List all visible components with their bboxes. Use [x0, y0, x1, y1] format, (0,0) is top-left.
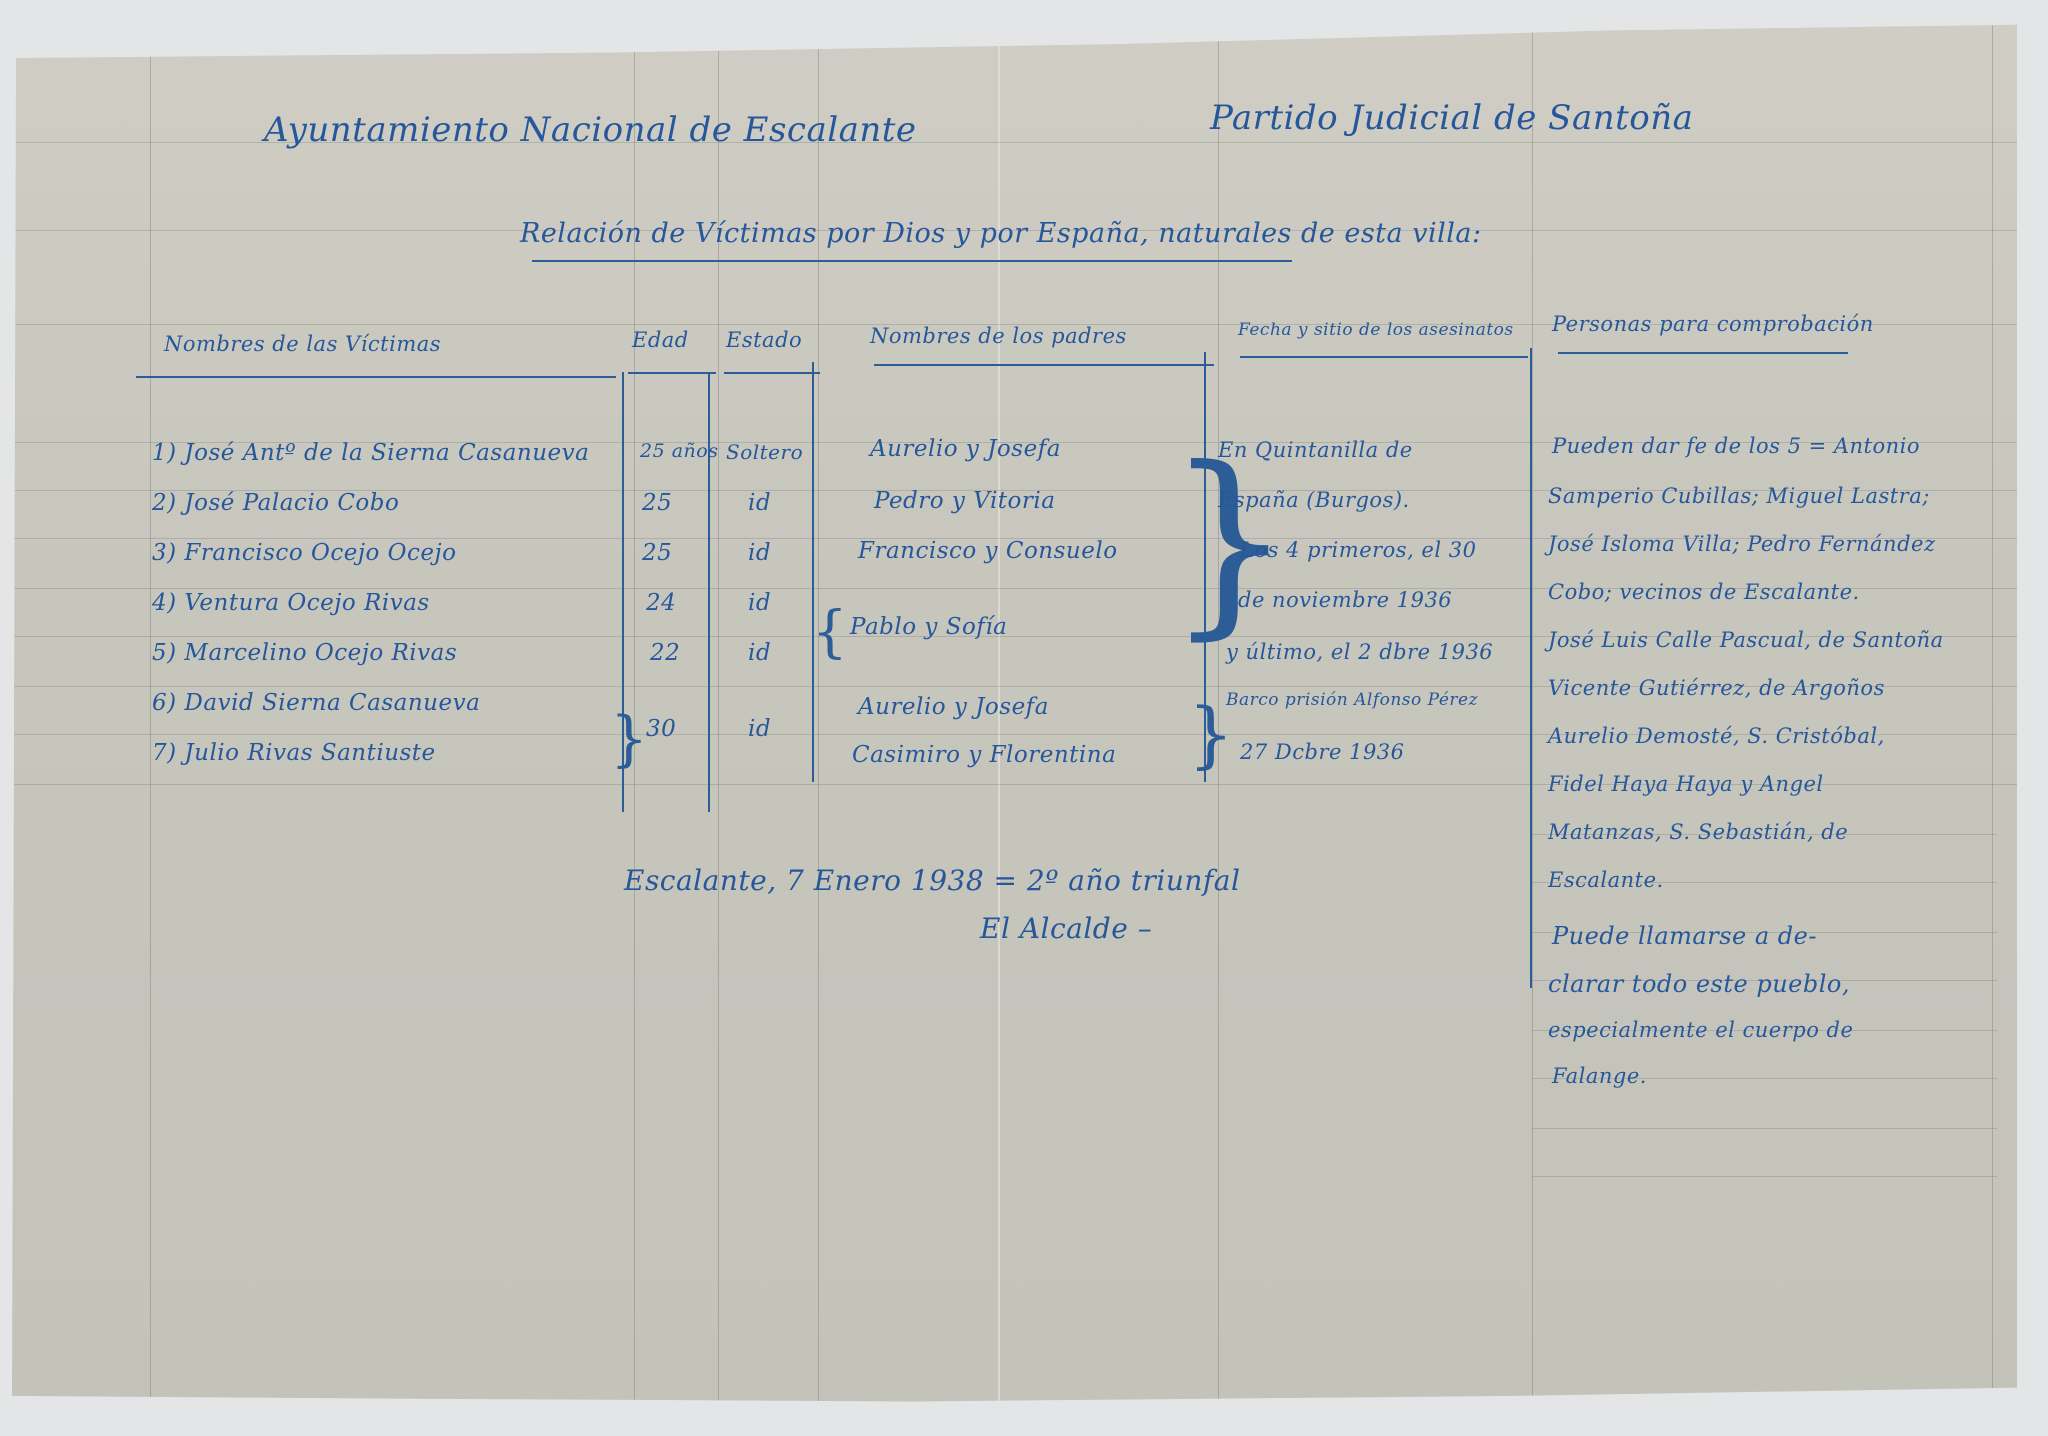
victim-age: 30	[646, 716, 676, 742]
column-header-age: Edad	[632, 328, 689, 352]
place-date-line: España (Burgos).	[1218, 488, 1410, 512]
column-header-parents: Nombres de los padres	[870, 324, 1127, 348]
column-header-witnesses: Personas para comprobación	[1552, 312, 1874, 336]
victim-status: id	[748, 590, 771, 616]
witness-line: Cobo; vecinos de Escalante.	[1548, 580, 1860, 604]
column-header-status: Estado	[726, 328, 802, 352]
witness-line: clarar todo este pueblo,	[1548, 970, 1850, 998]
witness-line: Pueden dar fe de los 5 = Antonio	[1552, 434, 1920, 458]
column-rule	[1530, 348, 1532, 988]
header-judicial-district: Partido Judicial de Santoña	[1210, 98, 1693, 138]
victim-parents: Aurelio y Josefa	[870, 436, 1061, 462]
victim-age: 25 años	[640, 440, 718, 462]
victim-name: 5) Marcelino Ocejo Rivas	[152, 640, 457, 666]
victim-parents: Casimiro y Florentina	[852, 742, 1116, 768]
witness-line: Vicente Gutiérrez, de Argoños	[1548, 676, 1885, 700]
victim-name: 7) Julio Rivas Santiuste	[152, 740, 436, 766]
victim-parents: Aurelio y Josefa	[858, 694, 1049, 720]
witness-line: especialmente el cuerpo de	[1548, 1018, 1853, 1042]
witness-line: Escalante.	[1548, 868, 1664, 892]
document-paper: Ayuntamiento Nacional de Escalante Parti…	[12, 22, 2017, 1407]
witness-line: Puede llamarse a de-	[1552, 922, 1817, 950]
witness-line: José Isloma Villa; Pedro Fernández	[1548, 532, 1936, 556]
title-underline	[532, 260, 1292, 262]
victim-name: 4) Ventura Ocejo Rivas	[152, 590, 430, 616]
witness-line: Aurelio Demosté, S. Cristóbal,	[1548, 724, 1885, 748]
footer-date: Escalante, 7 Enero 1938 = 2º año triunfa…	[624, 864, 1240, 897]
witness-line: Samperio Cubillas; Miguel Lastra;	[1548, 484, 1930, 508]
victim-status: id	[748, 716, 771, 742]
header-underline	[1240, 356, 1528, 358]
victim-status: id	[748, 540, 771, 566]
grouping-brace: {	[812, 600, 848, 665]
victim-parents: Pedro y Vitoria	[874, 488, 1055, 514]
place-date-line: 27 Dcbre 1936	[1240, 740, 1405, 764]
ruled-line	[1532, 1176, 1997, 1177]
column-rule	[812, 362, 814, 782]
victim-status: Soltero	[726, 440, 803, 464]
ruled-line	[1532, 1128, 1997, 1129]
header-underline	[136, 376, 616, 378]
victim-age: 24	[646, 590, 676, 616]
victim-age: 25	[642, 490, 672, 516]
column-rule	[708, 372, 710, 812]
victim-name: 2) José Palacio Cobo	[152, 490, 399, 516]
place-date-line: y último, el 2 dbre 1936	[1226, 640, 1493, 664]
victim-name: 6) David Sierna Casanueva	[152, 690, 480, 716]
column-header-victim-names: Nombres de las Víctimas	[164, 332, 441, 356]
victim-status: id	[748, 640, 771, 666]
victim-age: 22	[650, 640, 680, 666]
header-underline	[1558, 352, 1848, 354]
place-date-line: Barco prisión Alfonso Pérez	[1226, 690, 1478, 710]
place-date-line: En Quintanilla de	[1218, 438, 1413, 462]
victim-name: 1) José Antº de la Sierna Casanueva	[152, 440, 589, 466]
grouping-brace: }	[610, 704, 648, 774]
witness-line: Fidel Haya Haya y Angel	[1548, 772, 1824, 796]
footer-signature: El Alcalde –	[980, 912, 1152, 945]
victim-parents: Pablo y Sofía	[850, 614, 1007, 640]
victim-status: id	[748, 490, 771, 516]
victim-name: 3) Francisco Ocejo Ocejo	[152, 540, 456, 566]
witness-line: Falange.	[1552, 1064, 1647, 1088]
header-municipality: Ayuntamiento Nacional de Escalante	[264, 110, 917, 150]
witness-line: Matanzas, S. Sebastián, de	[1548, 820, 1848, 844]
column-header-date-place: Fecha y sitio de los asesinatos	[1238, 320, 1514, 340]
header-underline	[628, 372, 716, 374]
place-date-line: Los 4 primeros, el 30	[1240, 538, 1476, 562]
witness-line: José Luis Calle Pascual, de Santoña	[1548, 628, 1944, 652]
victim-parents: Francisco y Consuelo	[858, 538, 1118, 564]
header-underline	[874, 364, 1214, 366]
header-underline	[724, 372, 820, 374]
document-title: Relación de Víctimas por Dios y por Espa…	[520, 218, 1482, 249]
victim-age: 25	[642, 540, 672, 566]
place-date-line: de noviembre 1936	[1238, 588, 1452, 612]
